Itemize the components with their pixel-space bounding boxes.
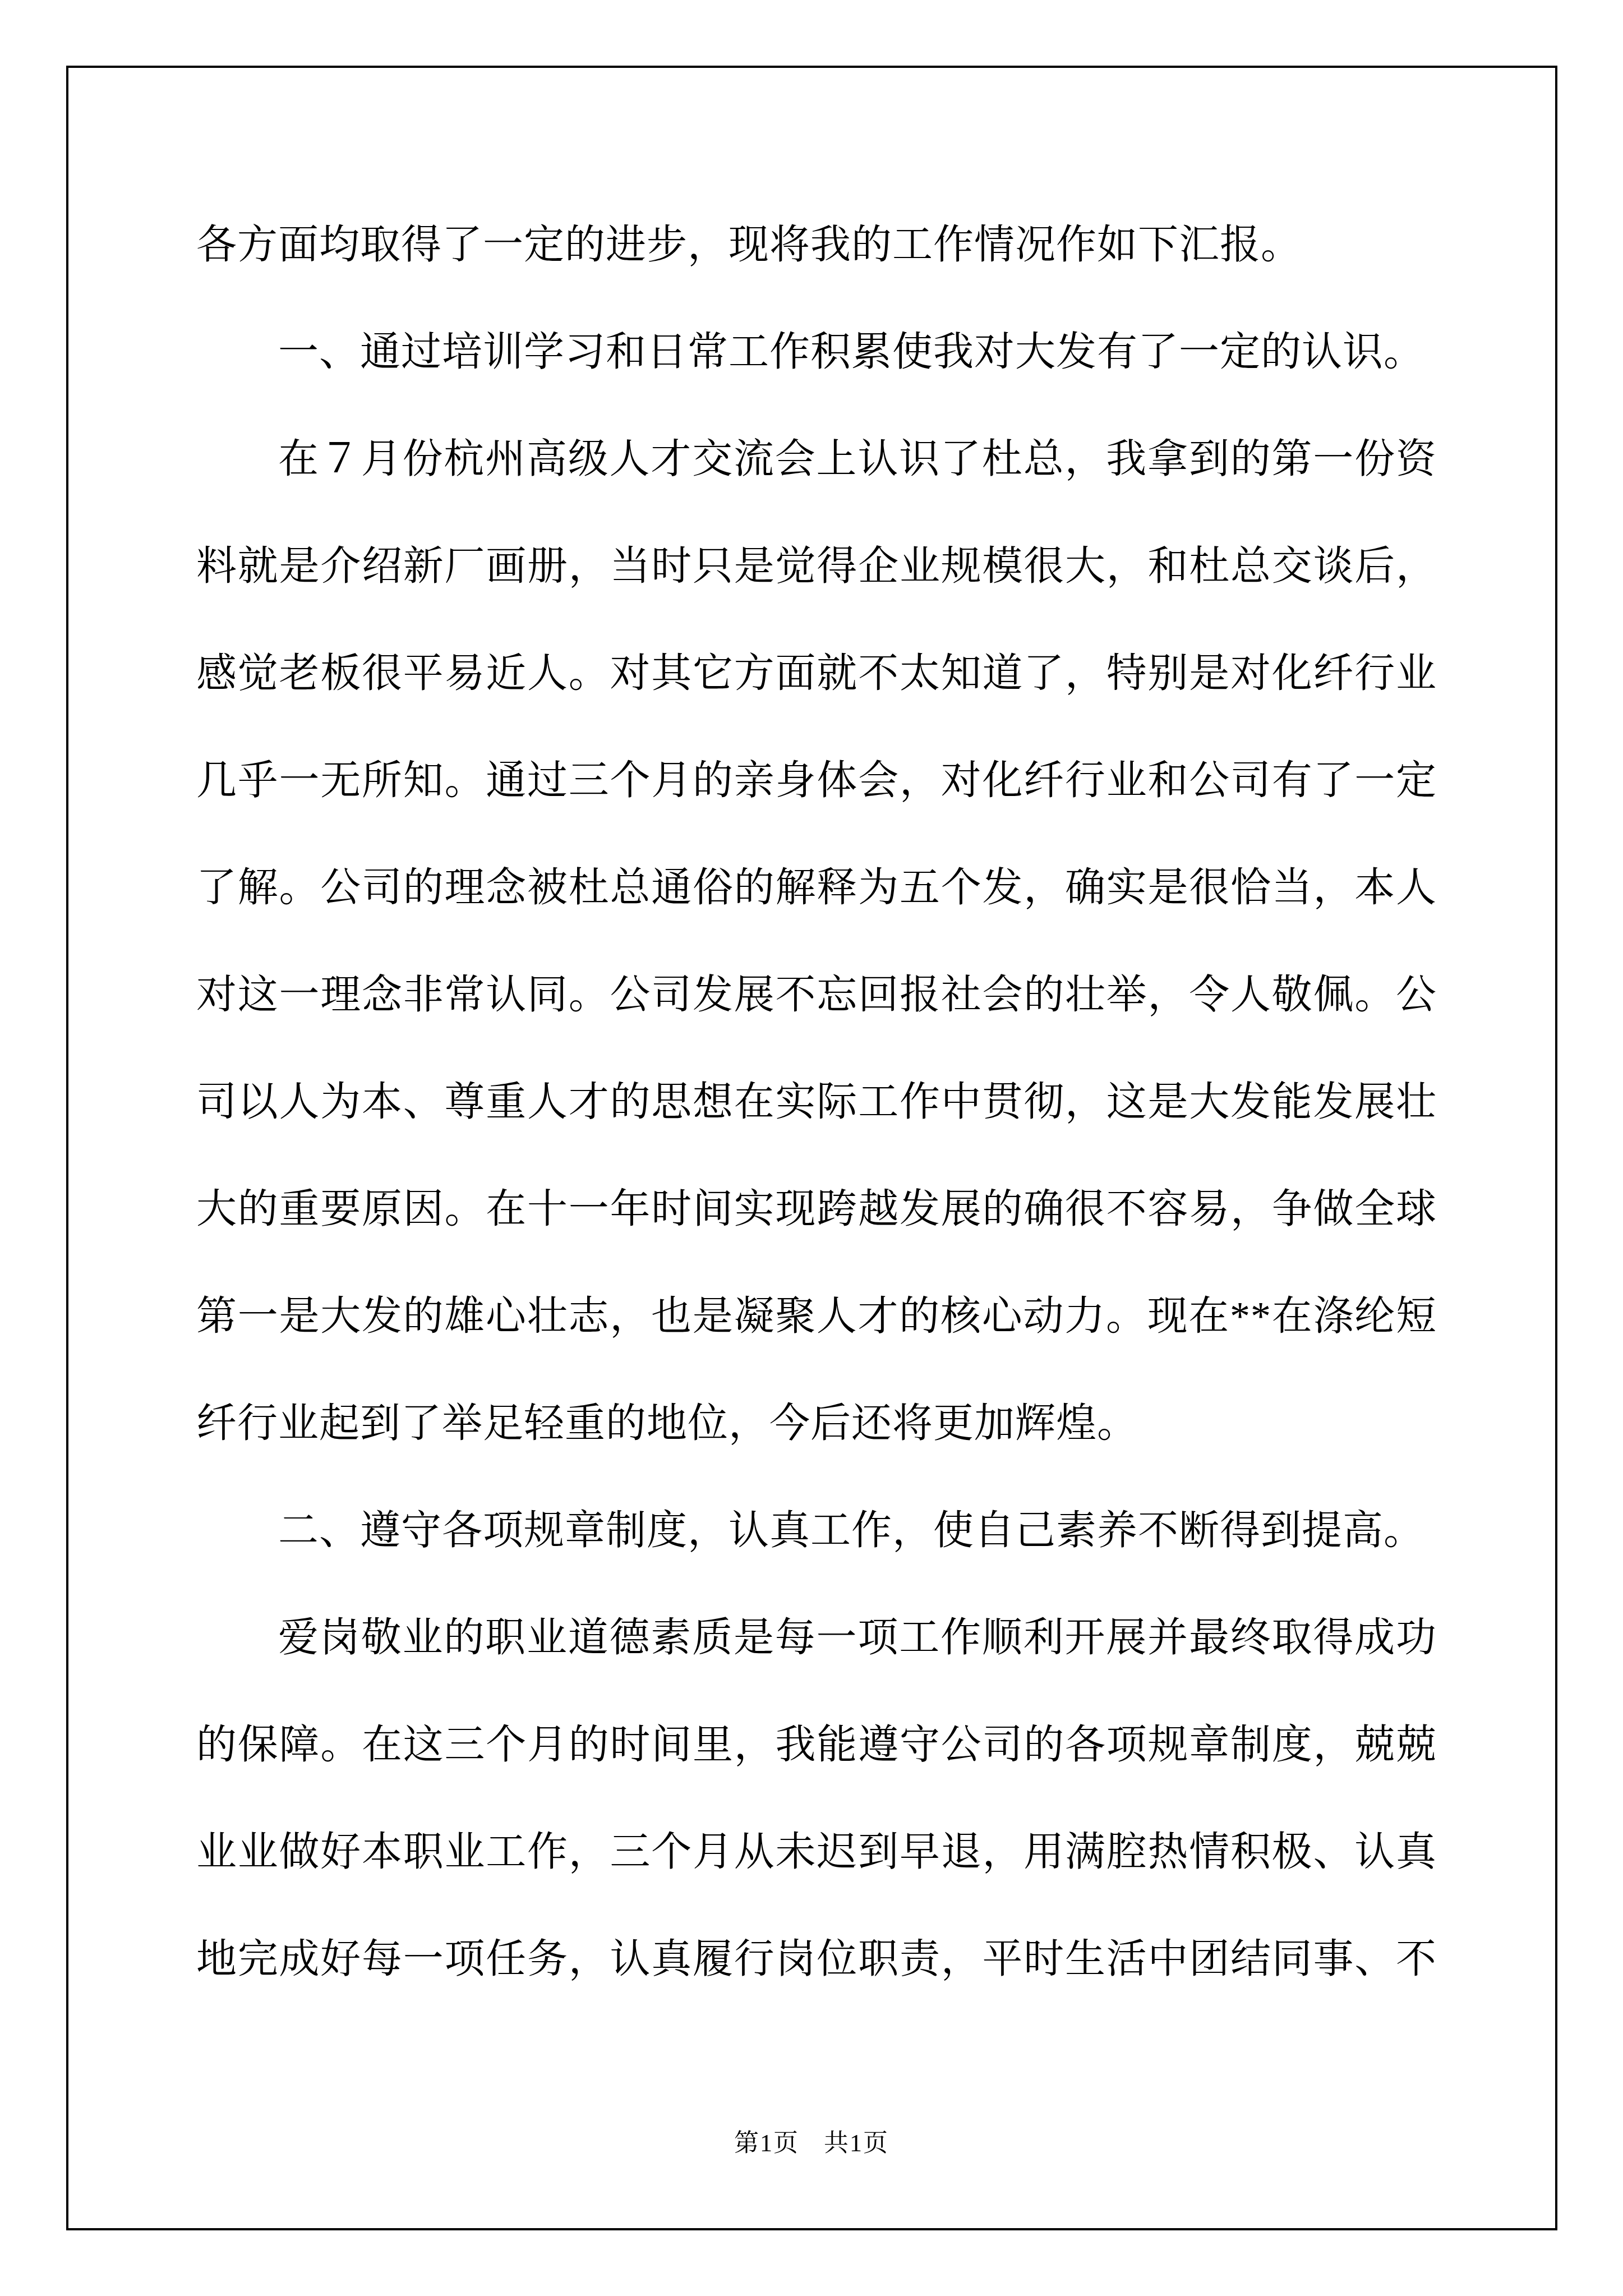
- text-line-section-heading: 二、遵守各项规章制度，认真工作，使自己素养不断得到提高。: [196, 1477, 1437, 1584]
- text-line: 对这一理念非常认同。公司发展不忘回报社会的壮举，令人敬佩。公: [196, 941, 1437, 1048]
- text-line: 几乎一无所知。通过三个月的亲身体会，对化纤行业和公司有了一定: [196, 727, 1437, 834]
- text-line: 地完成好每一项任务，认真履行岗位职责，平时生活中团结同事、不: [196, 1906, 1437, 2013]
- page-footer: 第1页共1页: [0, 2115, 1623, 2171]
- text-line: 感觉老板很平易近人。对其它方面就不太知道了，特别是对化纤行业: [196, 620, 1437, 727]
- text-line: 大的重要原因。在十一年时间实现跨越发展的确很不容易，争做全球: [196, 1156, 1437, 1263]
- text-line: 料就是介绍新厂画册，当时只是觉得企业规模很大，和杜总交谈后，: [196, 513, 1437, 620]
- page-total-label: 共1页: [824, 2129, 889, 2157]
- text-line: 业业做好本职业工作，三个月从未迟到早退，用满腔热情积极、认真: [196, 1798, 1437, 1906]
- text-line: 纤行业起到了举足轻重的地位，今后还将更加辉煌。: [196, 1370, 1437, 1477]
- text-line: 各方面均取得了一定的进步，现将我的工作情况作如下汇报。: [196, 191, 1437, 298]
- page-number-label: 第1页: [734, 2129, 799, 2157]
- text-line: 第一是大发的雄心壮志，也是凝聚人才的核心动力。现在**在涤纶短: [196, 1263, 1437, 1370]
- text-line: 的保障。在这三个月的时间里，我能遵守公司的各项规章制度，兢兢: [196, 1691, 1437, 1798]
- text-line: 了解。公司的理念被杜总通俗的解释为五个发，确实是很恰当，本人: [196, 834, 1437, 941]
- text-line-section-heading: 一、通过培训学习和日常工作积累使我对大发有了一定的认识。: [196, 298, 1437, 406]
- text-line: 在７月份杭州高级人才交流会上认识了杜总，我拿到的第一份资: [196, 406, 1437, 513]
- text-line: 司以人为本、尊重人才的思想在实际工作中贯彻，这是大发能发展壮: [196, 1048, 1437, 1156]
- document-page: 各方面均取得了一定的进步，现将我的工作情况作如下汇报。 一、通过培训学习和日常工…: [0, 0, 1623, 2296]
- text-line: 爱岗敬业的职业道德素质是每一项工作顺利开展并最终取得成功: [196, 1584, 1437, 1691]
